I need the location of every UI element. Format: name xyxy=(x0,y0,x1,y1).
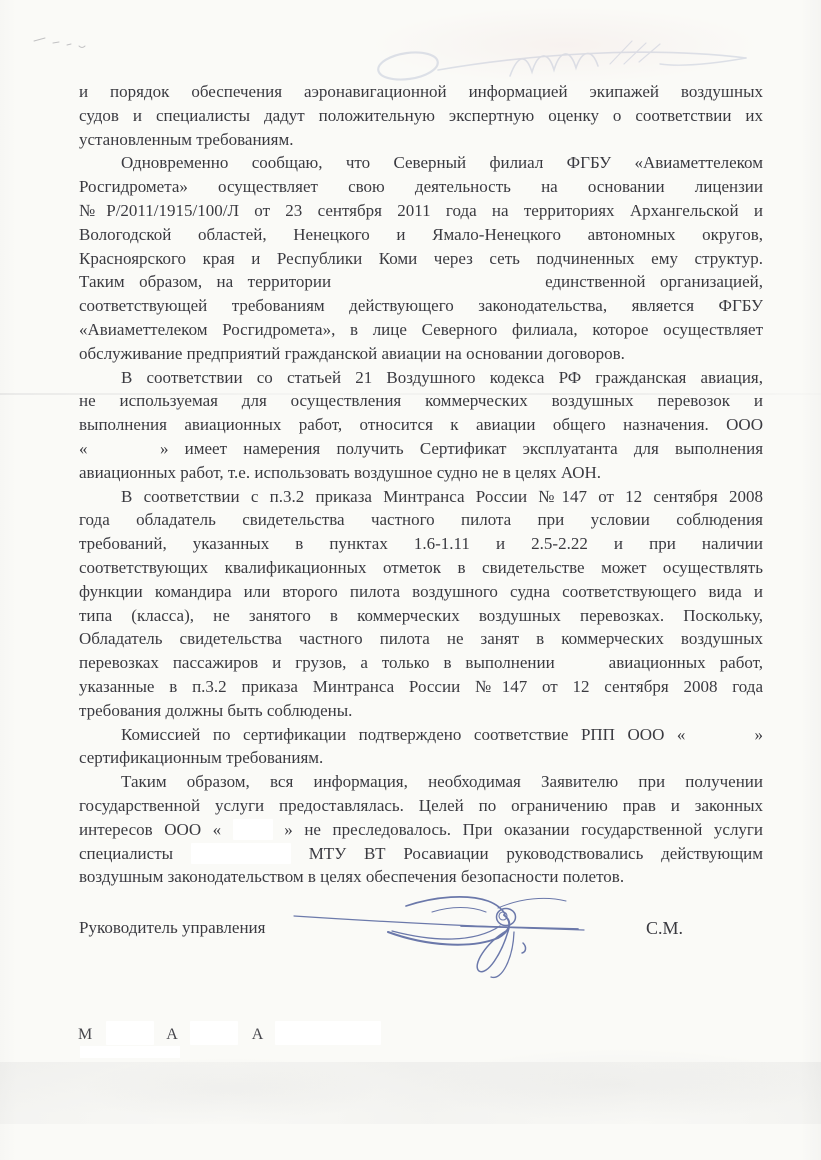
text-segment: » не преследовалось. При оказании госуда… xyxy=(284,820,763,839)
text-line: В соответствии с п.3.2 приказа Минтранса… xyxy=(79,485,763,509)
text-line: Вологодской областей, Ненецкого и Ямало-… xyxy=(79,223,763,247)
text-line: авиационных работ, т.е. использовать воз… xyxy=(79,461,763,485)
text-line-with-redaction: Таким образом, на территории единственно… xyxy=(79,270,763,294)
text-line-with-redaction: Комиссией по сертификации подтверждено с… xyxy=(79,723,763,747)
signatory-initials: С.М. xyxy=(646,918,683,939)
text-segment: единственной организацией, xyxy=(545,272,763,291)
executor-letter: М xyxy=(78,1026,92,1044)
redaction-box xyxy=(190,1021,238,1045)
redaction-gap xyxy=(569,664,595,668)
text-segment: перевозках пассажиров и грузов, а только… xyxy=(79,653,555,672)
text-line: судов и специалисты дадут положительную … xyxy=(79,104,763,128)
text-line-with-redaction: « » имеет намерения получить Сертификат … xyxy=(79,437,763,461)
text-line: требования должны быть соблюдены. xyxy=(79,699,763,723)
text-line: функции командира или второго пилота воз… xyxy=(79,580,763,604)
signature-block: Руководитель управления С.М. xyxy=(0,886,821,1016)
text-line: установленным требованиям. xyxy=(79,128,763,152)
text-line: Одновременно сообщаю, что Северный филиа… xyxy=(79,151,763,175)
text-line: требований, указанных в пунктах 1.6-1.11… xyxy=(79,532,763,556)
redaction-box xyxy=(233,819,273,840)
bleedthrough-signature-icon xyxy=(360,14,760,86)
text-line: Обладатель свидетельства частного пилота… xyxy=(79,627,763,651)
text-line: В соответствии со статьей 21 Воздушного … xyxy=(79,366,763,390)
redaction-box xyxy=(80,1046,180,1058)
pencil-marks-icon xyxy=(30,30,120,56)
text-line: года обладатель свидетельства частного п… xyxy=(79,508,763,532)
text-line: соответствующей требованиям действующего… xyxy=(79,294,763,318)
text-segment: « xyxy=(79,439,88,458)
text-line: Росгидромета» осуществляет свою деятельн… xyxy=(79,175,763,199)
text-segment: интересов ООО « xyxy=(79,820,221,839)
letter-body: и порядок обеспечения аэронавигационной … xyxy=(79,80,763,889)
redaction-box xyxy=(106,1021,154,1045)
text-line-with-redaction: интересов ООО « » не преследовалось. При… xyxy=(79,818,763,842)
text-line: выполнения авиационных работ, относится … xyxy=(79,413,763,437)
text-line: соответствующих квалификационных отметок… xyxy=(79,556,763,580)
text-line-with-redaction: специалисты МТУ ВТ Росавиации руководств… xyxy=(79,842,763,866)
handwritten-signature-icon xyxy=(236,886,706,1006)
text-line: типа (класса), не занятого в коммерчески… xyxy=(79,604,763,628)
text-segment: специалисты xyxy=(79,844,173,863)
text-line: указанные в п.3.2 приказа Минтранса Росс… xyxy=(79,675,763,699)
text-line: и порядок обеспечения аэронавигационной … xyxy=(79,80,763,104)
text-line: сертификационным требованиям. xyxy=(79,746,763,770)
text-line: Красноярского края и Республики Коми чер… xyxy=(79,247,763,271)
text-segment: Комиссией по сертификации подтверждено с… xyxy=(121,725,685,744)
text-segment: авиационных работ, xyxy=(609,653,763,672)
text-line: обслуживание предприятий гражданской ави… xyxy=(79,342,763,366)
text-line: государственной услуги предоставлялась. … xyxy=(79,794,763,818)
text-line: Таким образом, вся информация, необходим… xyxy=(79,770,763,794)
executor-letter: А xyxy=(252,1026,264,1044)
text-line: не используемая для осуществления коммер… xyxy=(79,389,763,413)
text-line-with-redaction: перевозках пассажиров и грузов, а только… xyxy=(79,651,763,675)
text-segment: Таким образом, на территории xyxy=(79,272,331,291)
text-line: «Авиаметтелеком Росгидромета», в лице Се… xyxy=(79,318,763,342)
redaction-gap xyxy=(104,450,144,454)
executor-letter: А xyxy=(166,1026,178,1044)
text-segment: » xyxy=(755,725,764,744)
document-page: и порядок обеспечения аэронавигационной … xyxy=(0,0,821,1160)
redaction-box xyxy=(275,1021,381,1045)
text-line: №Р/2011/1915/100/Л от 23 сентября 2011 г… xyxy=(79,199,763,223)
text-segment: МТУ ВТ Росавиации руководствовались дейс… xyxy=(309,844,763,863)
redaction-gap xyxy=(698,736,742,740)
scan-shadow-band xyxy=(0,1062,821,1124)
redaction-gap xyxy=(346,283,531,287)
redaction-box xyxy=(191,843,291,864)
text-segment: » имеет намерения получить Сертификат эк… xyxy=(160,439,763,458)
